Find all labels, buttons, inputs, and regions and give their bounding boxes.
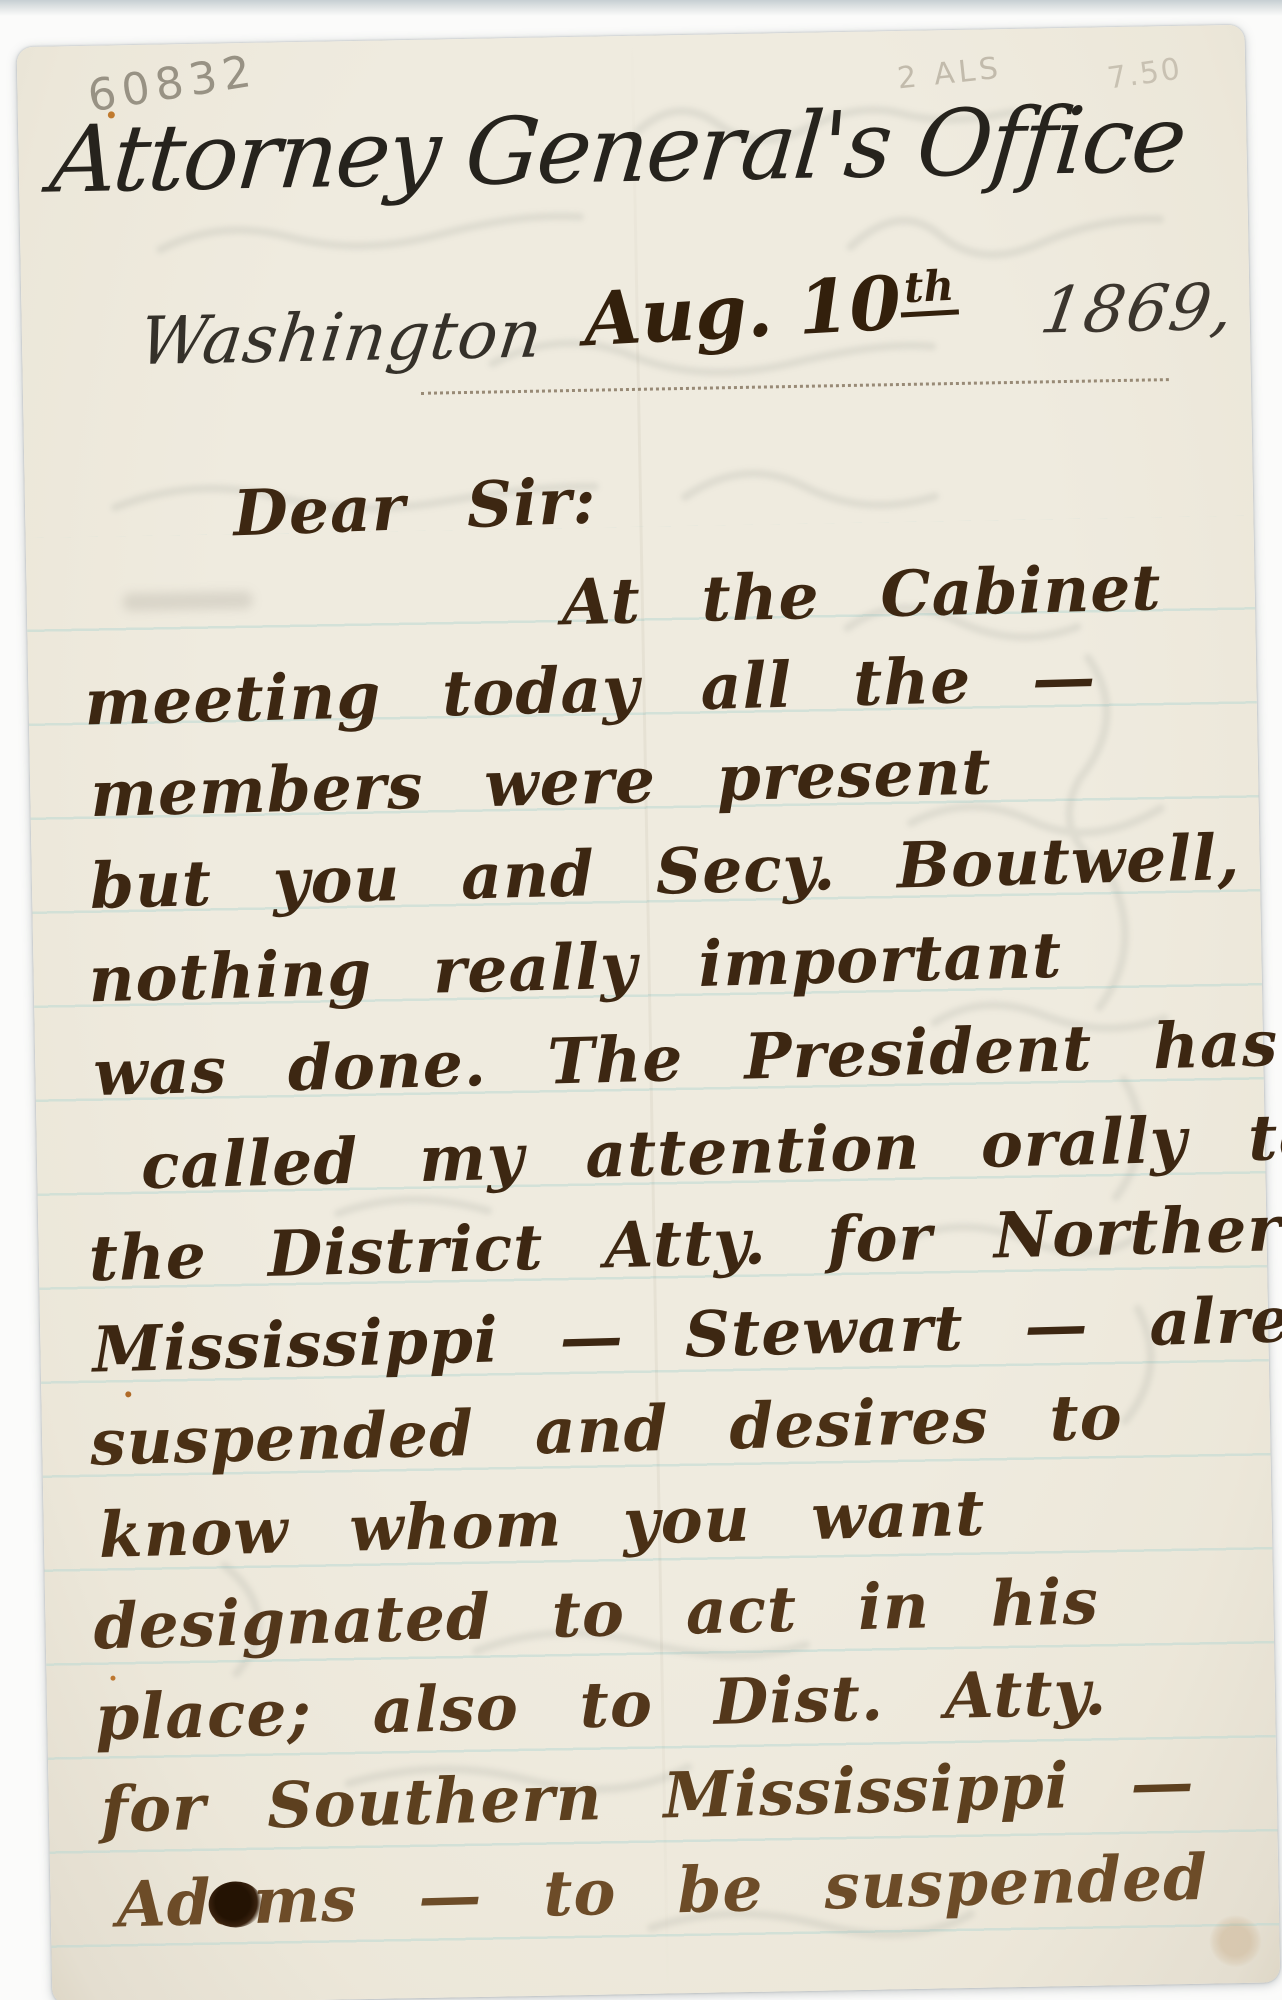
salutation: Dear Sir: — [232, 469, 598, 545]
scanned-letter-page: 60832 2 ALS 7.50 Attorney General's Offi… — [0, 0, 1282, 2000]
paper-fleck — [125, 1391, 131, 1397]
letter-line: At the Cabinet — [561, 556, 1162, 634]
letterhead-year: 1869, — [1036, 271, 1241, 349]
paper-fleck — [110, 1676, 115, 1681]
date-day: Aug. 10 — [582, 261, 904, 364]
letter-paper-sheet: 60832 2 ALS 7.50 Attorney General's Offi… — [17, 25, 1281, 2000]
pencil-smudge — [123, 591, 253, 611]
paper-fleck — [108, 111, 115, 118]
letterhead-office-title: Attorney General's Office — [14, 85, 1221, 214]
date-ordinal-suffix: th — [899, 260, 960, 317]
